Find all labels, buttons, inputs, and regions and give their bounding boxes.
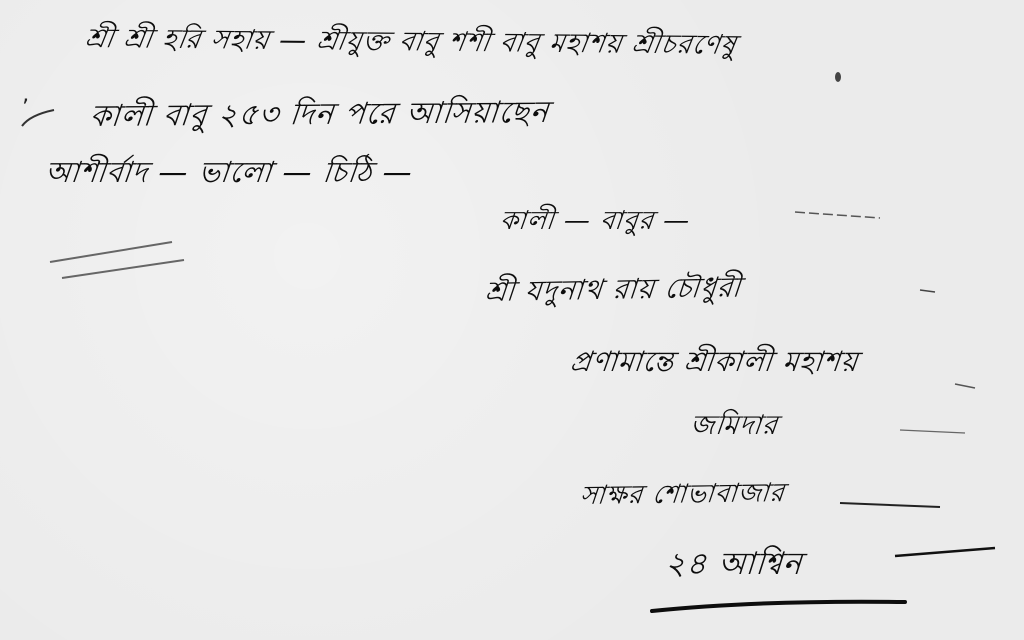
ink-blot [835, 72, 841, 82]
letter-page: ’ শ্রী শ্রী হরি সহায় — শ্রীযুক্ত বাবু শ… [0, 0, 1024, 640]
margin-bracket [22, 110, 54, 126]
ink-strokes [0, 0, 1024, 640]
margin-stroke-1 [50, 242, 172, 262]
dash-line-9 [895, 548, 995, 556]
margin-stroke-2 [62, 260, 184, 278]
dash-line-8 [840, 503, 940, 507]
dash-line-7 [900, 430, 965, 433]
date-underline [652, 602, 905, 611]
dash-line-6 [955, 384, 975, 388]
dash-line-5 [920, 290, 935, 292]
dash-line-4 [795, 212, 880, 218]
